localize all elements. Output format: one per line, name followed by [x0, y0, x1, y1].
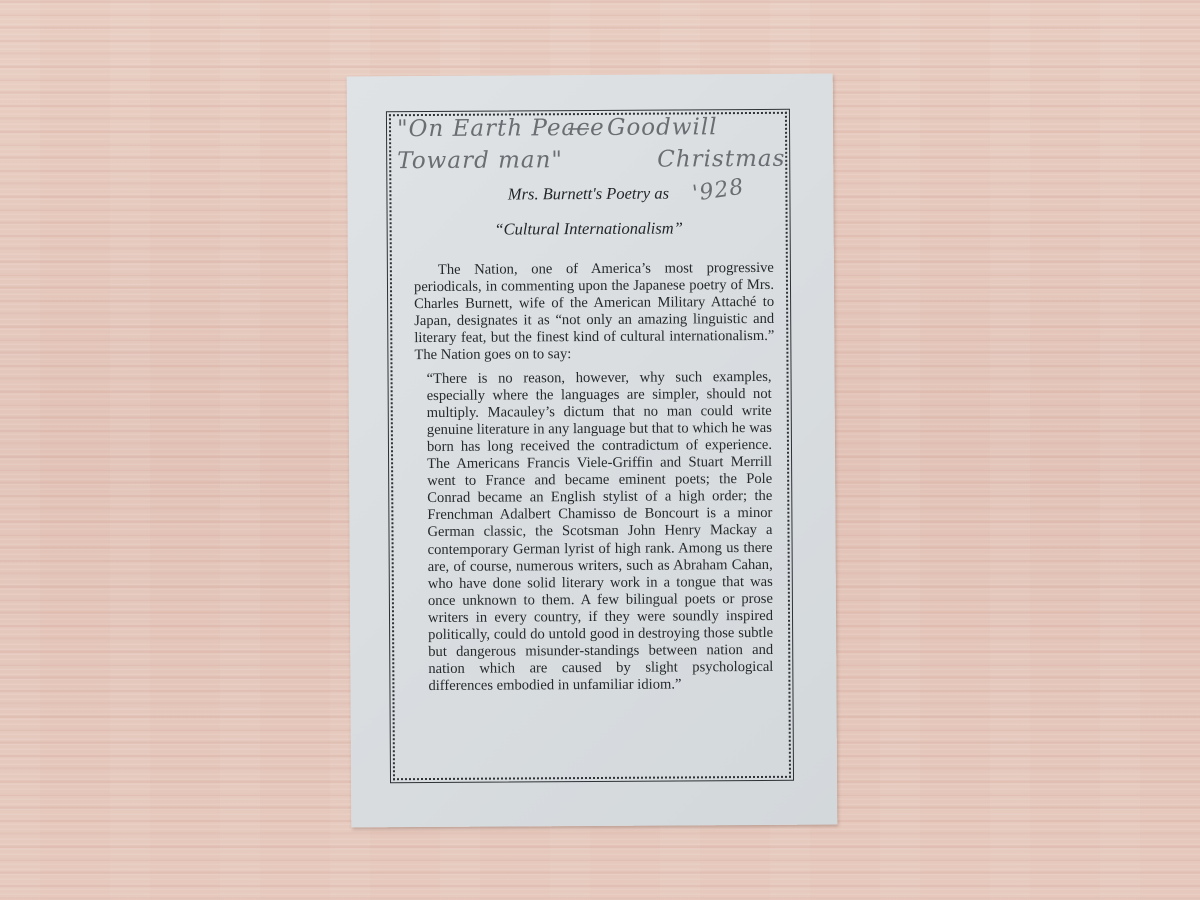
- handwritten-inscription-line2: Toward man": [397, 147, 563, 174]
- intro-paragraph: The Nation, one of America’s most progre…: [414, 260, 775, 365]
- printed-leaflet: "On Earth Peace — Goodwill Toward man" C…: [347, 74, 838, 828]
- decorative-border-frame: "On Earth Peace — Goodwill Toward man" C…: [386, 109, 794, 783]
- handwritten-goodwill: Goodwill: [607, 114, 718, 141]
- body-text: The Nation, one of America’s most progre…: [414, 260, 777, 696]
- handwritten-dash: —: [567, 115, 591, 141]
- handwritten-christmas: Christmas: [657, 146, 785, 173]
- quoted-paragraph: “There is no reason, however, why such e…: [427, 368, 774, 695]
- title-line-2: “Cultural Internationalism”: [388, 218, 790, 240]
- title-line-1: Mrs. Burnett's Poetry as: [387, 183, 789, 205]
